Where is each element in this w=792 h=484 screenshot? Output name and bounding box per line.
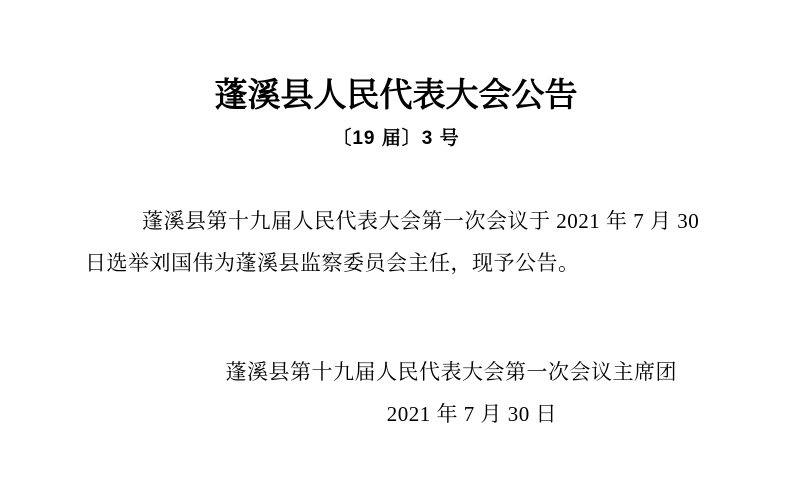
document-number: 〔19 届〕3 号 bbox=[0, 126, 792, 152]
document-title: 蓬溪县人民代表大会公告 bbox=[0, 76, 792, 116]
document-page: 蓬溪县人民代表大会公告 〔19 届〕3 号 蓬溪县第十九届人民代表大会第一次会议… bbox=[0, 0, 792, 484]
signature-line: 蓬溪县第十九届人民代表大会第一次会议主席团 bbox=[226, 351, 678, 393]
document-body: 蓬溪县第十九届人民代表大会第一次会议于 2021 年 7 月 30 日选举刘国伟… bbox=[85, 200, 703, 284]
date-line: 2021 年 7 月 30 日 bbox=[387, 393, 557, 435]
body-line: 日选举刘国伟为蓬溪县监察委员会主任，现予公告。 bbox=[85, 242, 703, 284]
body-line: 蓬溪县第十九届人民代表大会第一次会议于 2021 年 7 月 30 bbox=[85, 200, 703, 242]
